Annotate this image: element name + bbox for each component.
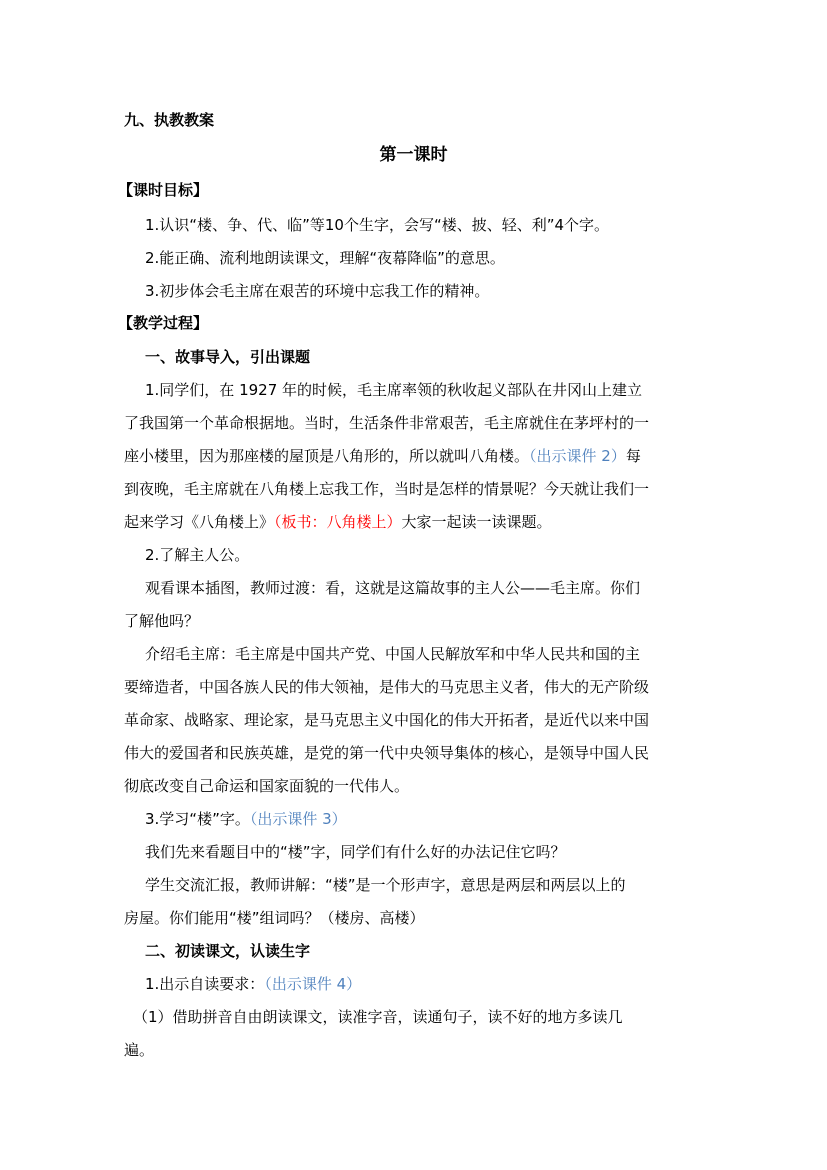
paragraph-line: 彻底改变自己命运和国家面貌的一代伟人。 <box>124 776 704 796</box>
text: 起来学习《八角楼上》 <box>124 513 274 531</box>
paragraph-line: 到夜晚，毛主席就在八角楼上忘我工作，当时是怎样的情景呢？今天就让我们一 <box>124 479 704 499</box>
text: 每 <box>626 447 641 465</box>
text: 1.出示自读要求： <box>145 975 264 993</box>
paragraph-line: 我们先来看题目中的“楼”字，同学们有什么好的办法记住它吗？ <box>145 842 725 862</box>
paragraph-line: 房屋。你们能用“楼”组词吗？（楼房、高楼） <box>124 908 704 928</box>
paragraph-line: 1.同学们，在 1927 年的时候，毛主席率领的秋收起义部队在井冈山上建立 <box>145 380 725 400</box>
paragraph-line: 要缔造者，中国各族人民的伟大领袖，是伟大的马克思主义者，伟大的无产阶级 <box>124 677 704 697</box>
paragraph-line: 革命家、战略家、理论家，是马克思主义中国化的伟大开拓者，是近代以来中国 <box>124 710 704 730</box>
paragraph-line: 起来学习《八角楼上》（板书：八角楼上）大家一起读一读课题。 <box>124 512 704 532</box>
objective-item: 2.能正确、流利地朗读课文，理解“夜幕降临”的意思。 <box>145 248 725 268</box>
paragraph-line: 了我国第一个革命根据地。当时，生活条件非常艰苦，毛主席就住在茅坪村的一 <box>124 413 704 433</box>
objective-item: 3.初步体会毛主席在艰苦的环境中忘我工作的精神。 <box>145 281 725 301</box>
paragraph-line: 观看课本插图，教师过渡：看，这就是这篇故事的主人公——毛主席。你们 <box>145 578 725 598</box>
objectives-heading: 【课时目标】 <box>118 180 698 200</box>
courseware-note: （出示课件 3） <box>250 810 347 828</box>
blackboard-note: （板书：八角楼上） <box>274 513 402 531</box>
paragraph-line: 遍。 <box>124 1040 704 1060</box>
courseware-note: （出示课件 4） <box>264 975 361 993</box>
lesson-title: 第一课时 <box>0 145 827 165</box>
process-heading: 【教学过程】 <box>118 313 698 333</box>
courseware-note: （出示课件 2） <box>529 447 626 465</box>
text: 大家一起读一读课题。 <box>402 513 552 531</box>
objective-item: 1.认识“楼、争、代、临”等10个生字，会写“楼、披、轻、利”4个字。 <box>145 215 725 235</box>
paragraph-line: 伟大的爱国者和民族英雄，是党的第一代中央领导集体的核心，是领导中国人民 <box>124 743 704 763</box>
paragraph-line: 3.学习“楼”字。（出示课件 3） <box>145 809 725 829</box>
paragraph-line: 2.了解主人公。 <box>145 545 725 565</box>
section-heading: 九、执教教案 <box>124 110 704 130</box>
paragraph-line: 介绍毛主席：毛主席是中国共产党、中国人民解放军和中华人民共和国的主 <box>145 644 725 664</box>
paragraph-line: 学生交流汇报，教师讲解：“楼”是一个形声字，意思是两层和两层以上的 <box>145 875 725 895</box>
paragraph-line: 了解他吗？ <box>124 611 704 631</box>
part1-heading: 一、故事导入，引出课题 <box>145 347 725 367</box>
part2-heading: 二、初读课文，认读生字 <box>145 941 725 961</box>
paragraph-line: （1）借助拼音自由朗读课文，读准字音，读通句子，读不好的地方多读几 <box>133 1007 713 1027</box>
text: 座小楼里，因为那座楼的屋顶是八角形的，所以就叫八角楼。 <box>124 447 529 465</box>
document-page: 九、执教教案 第一课时 【课时目标】 1.认识“楼、争、代、临”等10个生字，会… <box>0 0 827 1170</box>
paragraph-line: 座小楼里，因为那座楼的屋顶是八角形的，所以就叫八角楼。（出示课件 2）每 <box>124 446 704 466</box>
text: 3.学习“楼”字。 <box>145 810 250 828</box>
paragraph-line: 1.出示自读要求：（出示课件 4） <box>145 974 725 994</box>
